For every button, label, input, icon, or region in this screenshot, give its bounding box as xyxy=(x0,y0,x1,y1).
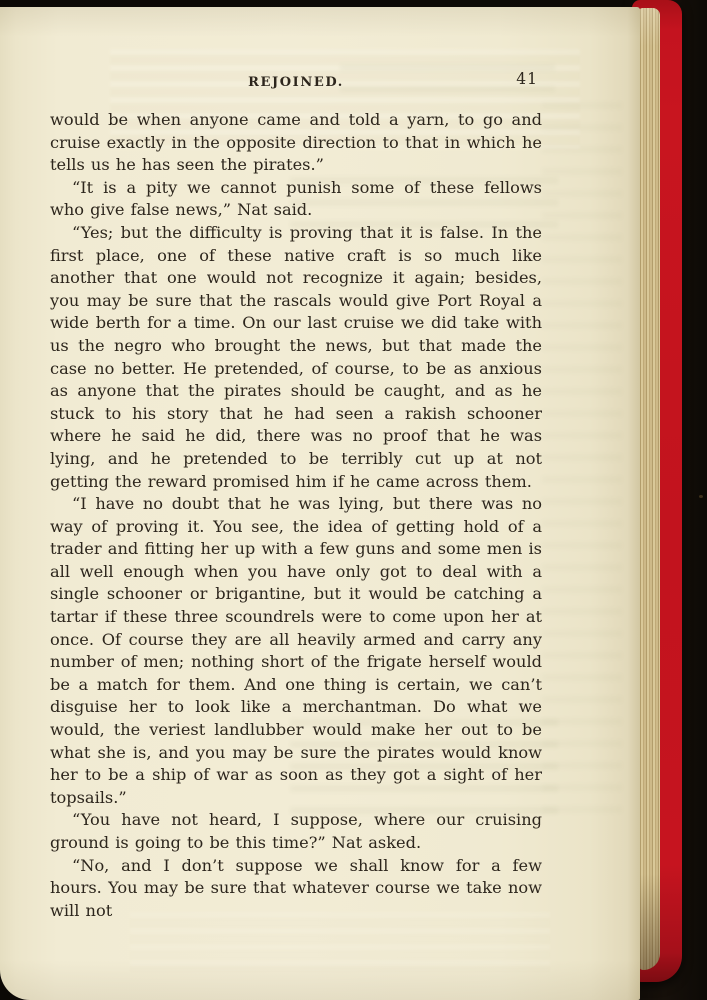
paragraph: “Yes; but the difficulty is proving that… xyxy=(50,222,542,493)
page-body: would be when anyone came and told a yar… xyxy=(50,109,542,922)
bleed-through-ghost xyxy=(542,102,622,817)
paragraph: “It is a pity we cannot punish some of t… xyxy=(50,177,542,222)
paragraph: would be when anyone came and told a yar… xyxy=(50,109,542,177)
book-photograph: REJOINED. 41 would be when anyone came a… xyxy=(0,0,707,1000)
page-header: REJOINED. 41 xyxy=(50,71,542,93)
paragraph: “No, and I don’t suppose we shall know f… xyxy=(50,855,542,923)
page-edge-stack xyxy=(638,8,660,970)
paragraph: “I have no doubt that he was lying, but … xyxy=(50,493,542,809)
dust-speck xyxy=(699,495,703,498)
page-number: 41 xyxy=(516,70,538,88)
running-title: REJOINED. xyxy=(248,75,344,90)
book-page: REJOINED. 41 would be when anyone came a… xyxy=(0,7,640,1000)
text-block: REJOINED. 41 would be when anyone came a… xyxy=(50,7,542,922)
paragraph: “You have not heard, I suppose, where ou… xyxy=(50,809,542,854)
